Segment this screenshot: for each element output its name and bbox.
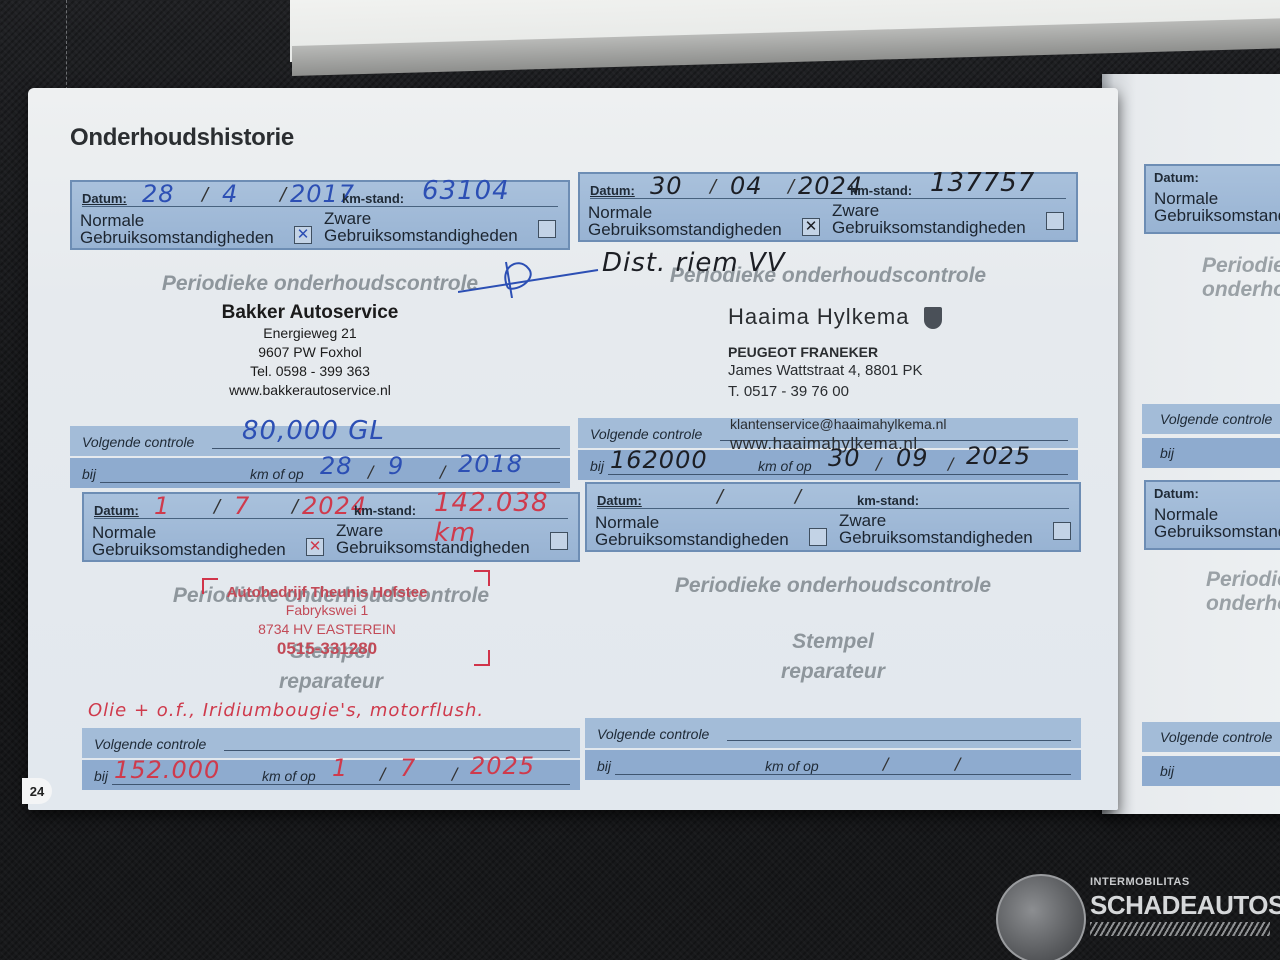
datum-sep: / bbox=[214, 496, 221, 517]
stamp-line: 0515-331280 bbox=[192, 639, 462, 658]
entry-header: Datum:1/7/2024km-stand:142.038 kmNormale… bbox=[82, 492, 580, 562]
normale-gebruiks-label: Gebruiksomstandigheden bbox=[92, 541, 286, 558]
km-stand-label: km-stand: bbox=[857, 493, 919, 508]
datum-month[interactable]: 04 bbox=[730, 172, 763, 200]
watermark-small-text: INTERMOBILITAS bbox=[1090, 876, 1190, 888]
volgende-line bbox=[212, 448, 560, 449]
volgende-line bbox=[224, 750, 570, 751]
stamp-name: Haaima Hylkema bbox=[728, 304, 910, 329]
stempel-placeholder: Stempelreparateur bbox=[585, 627, 1081, 687]
bij-row: bij162000km of op30/09/2025 bbox=[578, 450, 1078, 480]
bij-label: bij bbox=[1160, 763, 1174, 779]
stamp-corner bbox=[474, 650, 490, 666]
datum-sep: / bbox=[795, 486, 802, 507]
datum-sep: / bbox=[280, 184, 287, 205]
datum-sep: / bbox=[717, 486, 724, 507]
right-bij-row: bij bbox=[1142, 756, 1280, 786]
volgende-label: Volgende controle bbox=[94, 736, 206, 752]
km-of-op-label: km of op bbox=[765, 758, 819, 774]
zware-checkbox[interactable] bbox=[1053, 522, 1071, 540]
reparateur-label: reparateur bbox=[585, 657, 1081, 687]
entry-header: Datum://km-stand:NormaleGebruiksomstandi… bbox=[585, 482, 1081, 552]
stamp-line: 8734 HV EASTEREIN bbox=[192, 620, 462, 639]
zware-gebruiks-label: Gebruiksomstandigheden bbox=[324, 227, 518, 244]
next-date-month[interactable]: 9 bbox=[388, 452, 404, 480]
datum-sep: / bbox=[292, 496, 299, 517]
page-title: Onderhoudshistorie bbox=[70, 124, 294, 152]
date-sep: / bbox=[368, 462, 374, 481]
normale-label: Normale bbox=[595, 514, 659, 531]
gebruiks-label: Gebruiksomstandigheden bbox=[1154, 207, 1280, 224]
datum-label: Datum: bbox=[1154, 170, 1199, 185]
stempel-label: Stempel bbox=[585, 627, 1081, 657]
right-page: Datum: Normale Gebruiksomstandigheden Pe… bbox=[1102, 74, 1280, 814]
seat-stitching bbox=[66, 0, 68, 90]
datum-label: Datum: bbox=[82, 191, 127, 206]
bij-label: bij bbox=[94, 768, 108, 784]
normale-checkbox[interactable]: ✕ bbox=[294, 226, 312, 244]
datum-label: Datum: bbox=[94, 503, 139, 518]
volgende-label: Volgende controle bbox=[1160, 729, 1272, 745]
zware-gebruiks-label: Gebruiksomstandigheden bbox=[832, 219, 1026, 236]
next-date-year[interactable]: 2025 bbox=[470, 752, 535, 780]
km-stand-label: km-stand: bbox=[342, 191, 404, 206]
reparateur-label: reparateur bbox=[82, 667, 580, 697]
normale-checkbox[interactable]: ✕ bbox=[802, 218, 820, 236]
km-stand-label: km-stand: bbox=[354, 503, 416, 518]
zware-gebruiks-label: Gebruiksomstandigheden bbox=[839, 529, 1033, 546]
bij-line bbox=[112, 784, 570, 785]
km-stand-label: km-stand: bbox=[850, 183, 912, 198]
normale-checkbox[interactable]: ✕ bbox=[306, 538, 324, 556]
date-sep: / bbox=[440, 462, 446, 481]
normale-checkbox[interactable] bbox=[809, 528, 827, 546]
datum-sep: / bbox=[202, 184, 209, 205]
km-of-op-label: km of op bbox=[758, 458, 812, 474]
next-date-month[interactable]: 7 bbox=[400, 754, 416, 782]
workshop-stamp-hofstee: Autobedrijf Theunis HofsteeFabrykswei 18… bbox=[192, 584, 462, 658]
bij-km-value[interactable]: 162000 bbox=[610, 446, 708, 474]
volgende-label: Volgende controle bbox=[590, 426, 702, 442]
bij-label: bij bbox=[82, 466, 96, 482]
datum-day[interactable]: 28 bbox=[142, 180, 175, 208]
normale-label: Normale bbox=[1154, 190, 1218, 207]
peugeot-lion-icon bbox=[924, 307, 942, 329]
bij-row: bij152.000km of op1/7/2025 bbox=[82, 760, 580, 790]
datum-label: Datum: bbox=[597, 493, 642, 508]
stamp-line: Energieweg 21 bbox=[180, 324, 440, 343]
stamp-line: James Wattstraat 4, 8801 PK bbox=[728, 360, 1058, 381]
stamp-name-row: Haaima Hylkema bbox=[728, 304, 1058, 330]
datum-month[interactable]: 7 bbox=[234, 492, 250, 520]
periodiek-heading: Periodieke onderhoudscontrole bbox=[1206, 568, 1280, 616]
km-stand-value[interactable]: 63104 bbox=[422, 176, 510, 206]
workshop-stamp-bakker: Bakker AutoserviceEnergieweg 219607 PW F… bbox=[180, 302, 440, 400]
signature bbox=[458, 258, 608, 298]
km-stand-value[interactable]: 137757 bbox=[930, 168, 1035, 198]
zware-label: Zware bbox=[832, 202, 879, 219]
next-date-day[interactable]: 1 bbox=[332, 754, 348, 782]
normale-gebruiks-label: Gebruiksomstandigheden bbox=[595, 531, 789, 548]
right-bij-row: bij bbox=[1142, 438, 1280, 468]
km-of-op-label: km of op bbox=[250, 466, 304, 482]
bij-row: bijkm of op28/9/2018 bbox=[70, 458, 570, 488]
bij-km-value[interactable]: 152.000 bbox=[114, 756, 220, 784]
work-performed-note: Olie + o.f., Iridiumbougie's, motorflush… bbox=[88, 700, 484, 721]
next-date-day[interactable]: 28 bbox=[320, 452, 353, 480]
volgende-line bbox=[727, 740, 1071, 741]
zware-label: Zware bbox=[324, 210, 371, 227]
normale-label: Normale bbox=[588, 204, 652, 221]
stamp-line: T. 0517 - 39 76 00 bbox=[728, 381, 1058, 402]
periodiek-heading: Periodieke onderhoudscontrole bbox=[585, 574, 1081, 598]
maintenance-entry-3: Datum:1/7/2024km-stand:142.038 kmNormale… bbox=[82, 492, 580, 792]
handwritten-note: Dist. riem VV bbox=[602, 248, 786, 278]
entry-header: Datum:28/4/2017km-stand:63104NormaleGebr… bbox=[70, 180, 570, 250]
right-page-header-2: Datum: Normale Gebruiksomstandigheden bbox=[1144, 480, 1280, 550]
bij-row: bijkm of op// bbox=[585, 750, 1081, 780]
bij-label: bij bbox=[1160, 445, 1174, 461]
zware-gebruiks-label: Gebruiksomstandigheden bbox=[336, 539, 530, 556]
date-sep: / bbox=[380, 764, 386, 783]
normale-label: Normale bbox=[92, 524, 156, 541]
right-volgende-row: Volgende controle bbox=[1142, 722, 1280, 752]
periodiek-heading: Periodieke onderhoudscontrole bbox=[1202, 254, 1280, 302]
right-page-header-1: Datum: Normale Gebruiksomstandigheden bbox=[1144, 164, 1280, 234]
datum-day[interactable]: 1 bbox=[154, 492, 170, 520]
entry-header: Datum:30/04/2024km-stand:137757NormaleGe… bbox=[578, 172, 1078, 242]
next-date-year[interactable]: 2025 bbox=[966, 442, 1031, 470]
volgende-value[interactable]: 80,000 GL bbox=[242, 416, 385, 446]
bij-label: bij bbox=[590, 458, 604, 474]
datum-label: Datum: bbox=[1154, 486, 1199, 501]
watermark-brand: SCHADEAUTOS.NL bbox=[1090, 890, 1280, 921]
maintenance-entry-1: Datum:28/4/2017km-stand:63104NormaleGebr… bbox=[70, 180, 570, 490]
date-sep: / bbox=[955, 754, 961, 773]
maintenance-entry-2: Datum:30/04/2024km-stand:137757NormaleGe… bbox=[578, 172, 1078, 482]
volgende-label: Volgende controle bbox=[82, 434, 194, 450]
datum-sep: / bbox=[788, 176, 795, 197]
bij-label: bij bbox=[597, 758, 611, 774]
stamp-name: Bakker Autoservice bbox=[180, 302, 440, 324]
stamp-line: 9607 PW Foxhol bbox=[180, 343, 440, 362]
zware-checkbox[interactable] bbox=[1046, 212, 1064, 230]
date-sep: / bbox=[876, 454, 882, 473]
stamp-website: www.haaimahylkema.nl bbox=[730, 434, 918, 454]
stamp-corner bbox=[202, 578, 218, 594]
bij-line bbox=[100, 482, 560, 483]
km-of-op-label: km of op bbox=[262, 768, 316, 784]
stamp-corner bbox=[474, 570, 490, 586]
volgende-label: Volgende controle bbox=[597, 726, 709, 742]
workshop-stamp-haaima: Haaima HylkemaPEUGEOT FRANEKERJames Watt… bbox=[728, 304, 1058, 402]
date-sep: / bbox=[948, 454, 954, 473]
bij-line bbox=[615, 774, 1071, 775]
datum-day[interactable]: 30 bbox=[650, 172, 683, 200]
page-number: 24 bbox=[22, 778, 52, 804]
right-volgende-row: Volgende controle bbox=[1142, 404, 1280, 434]
stamp-area: Periodieke onderhoudscontroleStempelrepa… bbox=[585, 552, 1081, 717]
maintenance-entry-4: Datum://km-stand:NormaleGebruiksomstandi… bbox=[585, 482, 1081, 784]
date-sep: / bbox=[452, 764, 458, 783]
stamp-line: www.bakkerautoservice.nl bbox=[180, 381, 440, 400]
normale-label: Normale bbox=[1154, 506, 1218, 523]
normale-gebruiks-label: Gebruiksomstandigheden bbox=[80, 229, 274, 246]
normale-label: Normale bbox=[80, 212, 144, 229]
stamp-brand: PEUGEOT FRANEKER bbox=[728, 344, 1058, 360]
globe-icon bbox=[996, 874, 1086, 960]
zware-checkbox[interactable] bbox=[550, 532, 568, 550]
volgende-label: Volgende controle bbox=[1160, 411, 1272, 427]
next-date-year[interactable]: 2018 bbox=[458, 450, 523, 478]
stamp-line: Tel. 0598 - 399 363 bbox=[180, 362, 440, 381]
zware-label: Zware bbox=[839, 512, 886, 529]
zware-checkbox[interactable] bbox=[538, 220, 556, 238]
datum-month[interactable]: 4 bbox=[222, 180, 238, 208]
stamp-name: Autobedrijf Theunis Hofstee bbox=[192, 584, 462, 601]
datum-label: Datum: bbox=[590, 183, 635, 198]
watermark-stripes bbox=[1090, 922, 1270, 936]
datum-line bbox=[597, 508, 1069, 509]
normale-gebruiks-label: Gebruiksomstandigheden bbox=[588, 221, 782, 238]
date-sep: / bbox=[883, 754, 889, 773]
zware-label: Zware bbox=[336, 522, 383, 539]
volgende-controle-row: Volgende controle bbox=[585, 718, 1081, 748]
watermark-logo: INTERMOBILITAS SCHADEAUTOS.NL bbox=[996, 870, 1280, 950]
gebruiks-label: Gebruiksomstandigheden bbox=[1154, 523, 1280, 540]
stamp-line: Fabrykswei 1 bbox=[192, 601, 462, 620]
bij-line bbox=[608, 474, 1068, 475]
stamp-email: klantenservice@haaimahylkema.nl bbox=[730, 416, 947, 432]
datum-sep: / bbox=[710, 176, 717, 197]
